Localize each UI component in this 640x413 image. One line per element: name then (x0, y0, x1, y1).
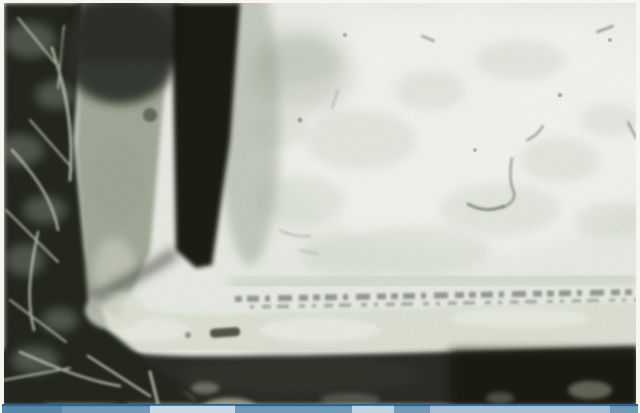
photograph-frame: Black-and-white close-up photograph of t… (0, 0, 640, 413)
film-grain (4, 3, 636, 404)
strip-dark-segment (2, 406, 62, 413)
strip-light-segment (150, 406, 235, 413)
photograph: Black-and-white close-up photograph of t… (0, 0, 640, 413)
photo-content (0, 0, 640, 413)
scan-strip (2, 404, 638, 413)
strip-light-segment (352, 406, 394, 413)
strip-light-segment (430, 406, 610, 413)
